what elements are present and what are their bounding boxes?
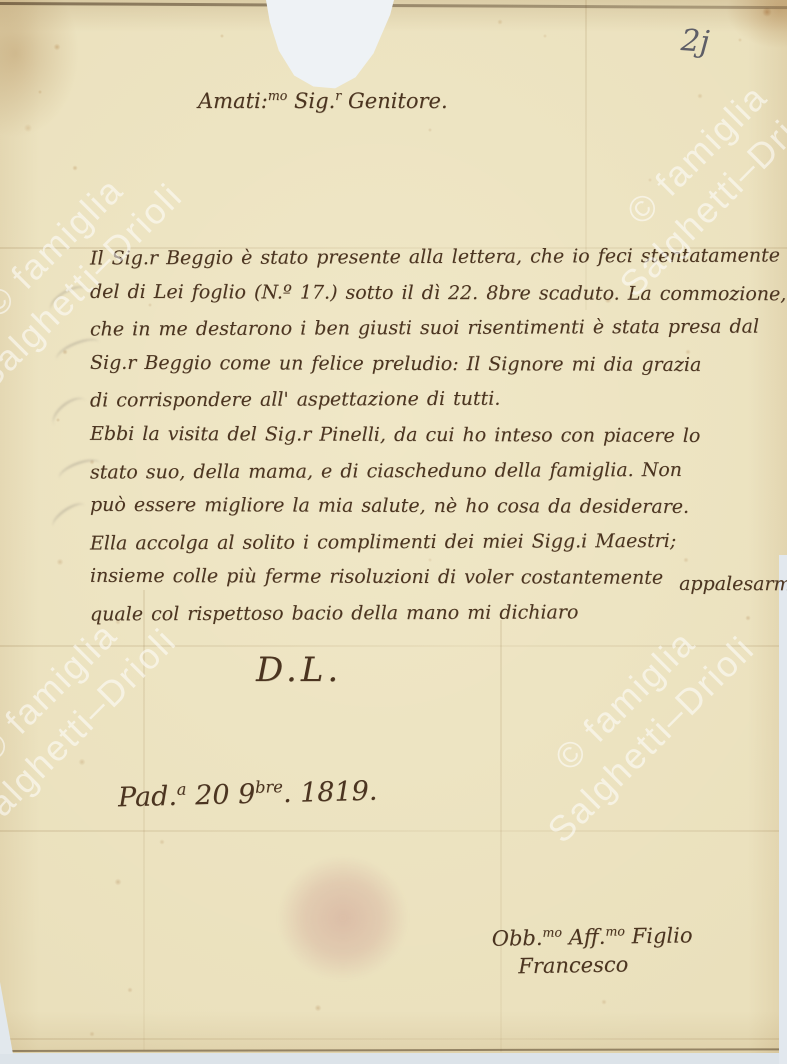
letter-line: può essere migliore la mia salute, nè ho… [90, 488, 766, 526]
letter-line: Ebbi la visita del Sig.r Pinelli, da cui… [90, 417, 766, 455]
letter-line: Il Sig.r Beggio è stato presente alla le… [90, 239, 766, 278]
signature-name: Francesco [518, 951, 693, 978]
letter-line: quale col rispettoso bacio della mano mi… [90, 594, 766, 633]
fold-crease [143, 590, 145, 1050]
letter-line: insieme colle più ferme risoluzioni di v… [90, 559, 766, 597]
dateline: Pad.a 20 9bre. 1819. [118, 775, 378, 814]
archival-number: 2j [680, 23, 711, 60]
letter-line: del di Lei foglio (N.º 17.) sotto il dì … [90, 274, 766, 312]
letter-line: stato suo, della mama, e di ciascheduno … [90, 452, 766, 491]
signature-block: Obb.mo Aff.mo Figlio Francesco [492, 922, 694, 978]
salutation: Amati:mo Sig.r Genitore. [198, 88, 448, 113]
fold-crease [500, 620, 502, 1052]
letter-body: Il Sig.r Beggio è stato presente alla le… [90, 240, 766, 632]
letter-line: Ella accolga al solito i complimenti dei… [90, 523, 766, 562]
fold-crease [0, 1038, 787, 1040]
fold-crease [0, 830, 787, 832]
closing-formula: Obb.mo Aff.mo Figlio [492, 923, 693, 950]
fold-crease [0, 645, 787, 647]
seal-stain [278, 856, 408, 980]
scanner-background [0, 1053, 787, 1064]
letter-line: Sig.r Beggio come un felice preludio: Il… [90, 346, 766, 384]
letter-line: di corrispondere all' aspettazione di tu… [90, 381, 766, 420]
letter-scan: 2j Amati:mo Sig.r Genitore. Il Sig.r Beg… [0, 0, 787, 1064]
valediction-initials: D.L. [256, 650, 342, 690]
letter-line: che in me destarono i ben giusti suoi ri… [90, 310, 766, 349]
scanner-background [779, 555, 787, 1064]
